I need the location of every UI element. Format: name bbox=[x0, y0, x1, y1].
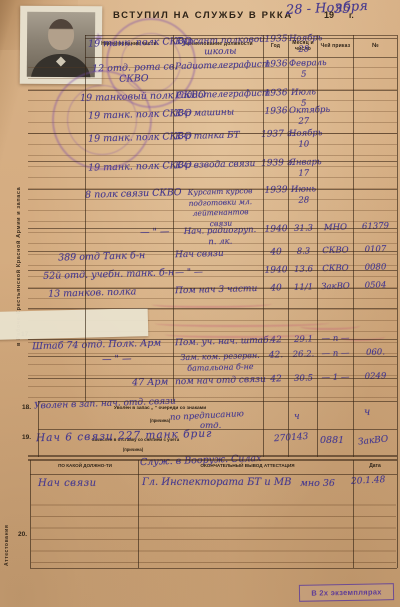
cell-order: ЗакВО bbox=[317, 281, 354, 293]
cell-num: 0249 bbox=[353, 371, 398, 383]
grid-hline bbox=[85, 57, 397, 58]
grid-vline bbox=[353, 460, 354, 568]
grid-hline bbox=[28, 378, 397, 379]
margin-row-19: 19. bbox=[22, 434, 31, 441]
grid-hline bbox=[28, 455, 397, 457]
cell-position: Пом нач 3 части bbox=[175, 284, 265, 297]
cell-unit: 389 отд Танк б-н bbox=[58, 250, 175, 264]
grid-vline bbox=[30, 460, 31, 568]
grid-hline bbox=[28, 161, 397, 162]
grid-hline bbox=[85, 35, 397, 36]
margin-vertical-text: в Рабоче-Крестьянской Красной Армии и за… bbox=[16, 58, 22, 346]
cell-num: 0504 bbox=[353, 280, 398, 292]
grid-vline bbox=[317, 35, 318, 457]
cell-position: Нач связи bbox=[175, 248, 265, 261]
cell-unit: 47 Арм bbox=[132, 377, 175, 389]
attestation-header-position: ПО КАКОЙ ДОЛЖНО-ТИ bbox=[34, 463, 136, 468]
grid-hline bbox=[30, 568, 397, 569]
cell-date: 30.5 bbox=[289, 373, 318, 384]
grid-vline bbox=[288, 35, 289, 457]
cell-unit: — " — bbox=[140, 227, 175, 238]
cell-date: Ноябрь10 bbox=[289, 128, 319, 150]
margin-row-18: 18. bbox=[22, 404, 31, 411]
grid-hline bbox=[28, 228, 397, 229]
row19-number-2: 0881 bbox=[320, 435, 344, 446]
grid-hline bbox=[38, 429, 397, 430]
cell-position: К-р танка БТ bbox=[175, 130, 265, 143]
margin-row-20: 20. bbox=[18, 531, 27, 538]
cell-date: Февраль5 bbox=[289, 58, 319, 80]
round-stamp-2-icon bbox=[52, 70, 152, 170]
cell-date: 8.3 bbox=[289, 246, 318, 257]
grid-hline bbox=[38, 401, 397, 402]
cell-unit: Штаб 74 отд. Полк. Арм bbox=[32, 338, 175, 352]
grid-vline bbox=[263, 35, 264, 457]
grid-hline bbox=[28, 251, 397, 252]
cell-num: 0107 bbox=[353, 244, 398, 256]
cell-year: 1937 г. bbox=[261, 129, 291, 140]
copies-stamp: В 2х экземплярах bbox=[299, 583, 394, 602]
row19-reason-label: (причина) bbox=[103, 447, 163, 452]
grid-hline bbox=[85, 38, 397, 39]
cell-unit: 8 полк связи СКВО bbox=[85, 188, 175, 201]
cell-order: СКВО bbox=[317, 263, 354, 275]
attestation-conclusion: Гл. Инспектората БТ и МВ bbox=[142, 477, 291, 488]
attestation-order: мно 36 bbox=[300, 478, 335, 489]
cell-position: — " — bbox=[175, 266, 265, 279]
row18-number-mark: ч bbox=[364, 407, 370, 418]
grid-hline bbox=[28, 270, 397, 271]
cell-position: пом нач отд связи bbox=[175, 375, 265, 388]
cell-year: 1936 bbox=[261, 106, 291, 117]
cell-year: 42 bbox=[261, 374, 291, 385]
grid-hline bbox=[28, 459, 397, 461]
cell-year: 40 bbox=[261, 247, 291, 258]
grid-hline bbox=[28, 90, 397, 91]
cell-date: Ноябрь28 bbox=[289, 33, 319, 55]
cell-date: Октябрь27 bbox=[289, 105, 319, 127]
cell-num: 0080 bbox=[353, 262, 398, 274]
grid-hline bbox=[28, 288, 397, 289]
cell-date: 26.2. bbox=[289, 349, 318, 360]
grid-hline bbox=[30, 474, 397, 475]
ruled-lines-attestation bbox=[31, 494, 396, 566]
attestation-position: Нач связи bbox=[38, 478, 97, 489]
cell-date: Июнь28 bbox=[289, 184, 319, 206]
attestation-header-date: Дата bbox=[355, 463, 395, 469]
grid-vline bbox=[138, 460, 139, 568]
table-row: 8 полк связи СКВОКурсант курсовподготовк… bbox=[40, 182, 397, 192]
service-rows: 19 танк. полк СКВОКурсант полковойшколы1… bbox=[40, 0, 397, 460]
cell-order: — п — bbox=[317, 348, 354, 360]
cell-position: Курсант курсовподготовки мл.лейтенантовс… bbox=[175, 186, 266, 230]
cell-num: 060. bbox=[353, 347, 398, 359]
scanned-service-record: ВСТУПИЛ НА СЛУЖБУ В РККА 28 - Ноября 19 … bbox=[0, 0, 400, 607]
cell-year: 1936 bbox=[261, 59, 291, 70]
attestation-date: 20.1.48 bbox=[351, 475, 386, 487]
cell-position: Зам. ком. резервн.батальона б-не bbox=[175, 351, 266, 375]
cell-num: 61379 bbox=[353, 221, 398, 233]
grid-hline bbox=[28, 356, 397, 357]
cell-year: 1939 bbox=[261, 185, 291, 196]
grid-vline bbox=[397, 35, 398, 568]
row18-year-mark: ч bbox=[294, 412, 300, 422]
paper-tape-patch bbox=[0, 308, 148, 340]
grid-hline bbox=[28, 133, 397, 134]
grid-hline bbox=[28, 308, 397, 309]
grid-hline bbox=[28, 189, 397, 190]
attestation-vertical-label: Аттестования bbox=[4, 468, 10, 566]
cell-date: 31.3 bbox=[289, 223, 318, 234]
grid-vline bbox=[353, 35, 354, 457]
cell-year: 1939 г. bbox=[261, 158, 291, 169]
cell-position: К-р машины bbox=[175, 107, 265, 120]
cell-year: 1940 bbox=[261, 224, 291, 235]
grid-hline bbox=[28, 339, 397, 340]
